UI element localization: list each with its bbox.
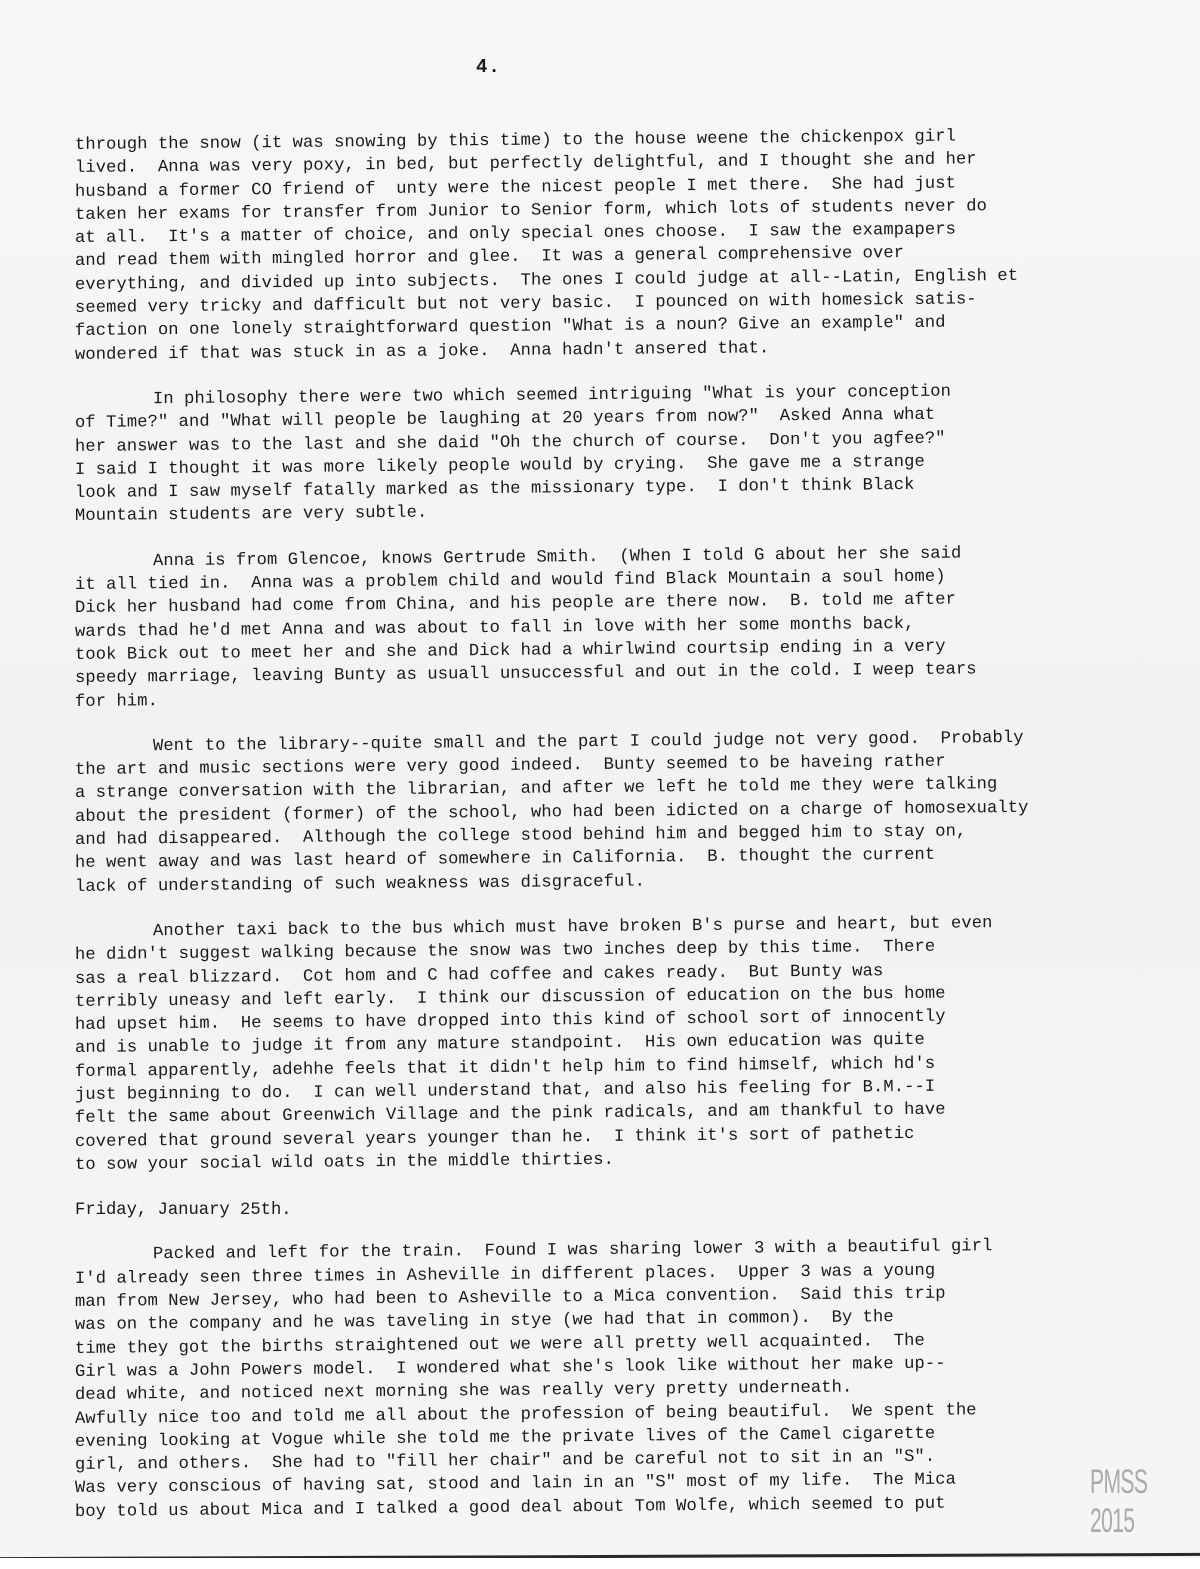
paragraph-3: Anna is from Glencoe, knows Gertrude Smi… <box>75 551 1185 714</box>
scan-background <box>0 1558 1200 1569</box>
paragraph-gap <box>75 1177 1185 1199</box>
paragraph-4: Went to the library--quite small and the… <box>75 736 1185 899</box>
document-page: 4. through the snow (it was snowing by t… <box>0 0 1200 1555</box>
paragraph-2: In philosophy there were two which seeme… <box>75 389 1185 529</box>
paragraph-6: Packed and left for the train. Found I w… <box>75 1244 1185 1524</box>
watermark: PMSS 2015 <box>1090 1463 1158 1541</box>
date-heading: Friday, January 25th. <box>75 1199 1185 1222</box>
page-number: 4. <box>476 56 501 78</box>
paragraph-5: Another taxi back to the bus which must … <box>75 921 1185 1177</box>
paragraph-1: through the snow (it was snowing by this… <box>75 134 1185 367</box>
typewritten-body: through the snow (it was snowing by this… <box>75 134 1185 1524</box>
